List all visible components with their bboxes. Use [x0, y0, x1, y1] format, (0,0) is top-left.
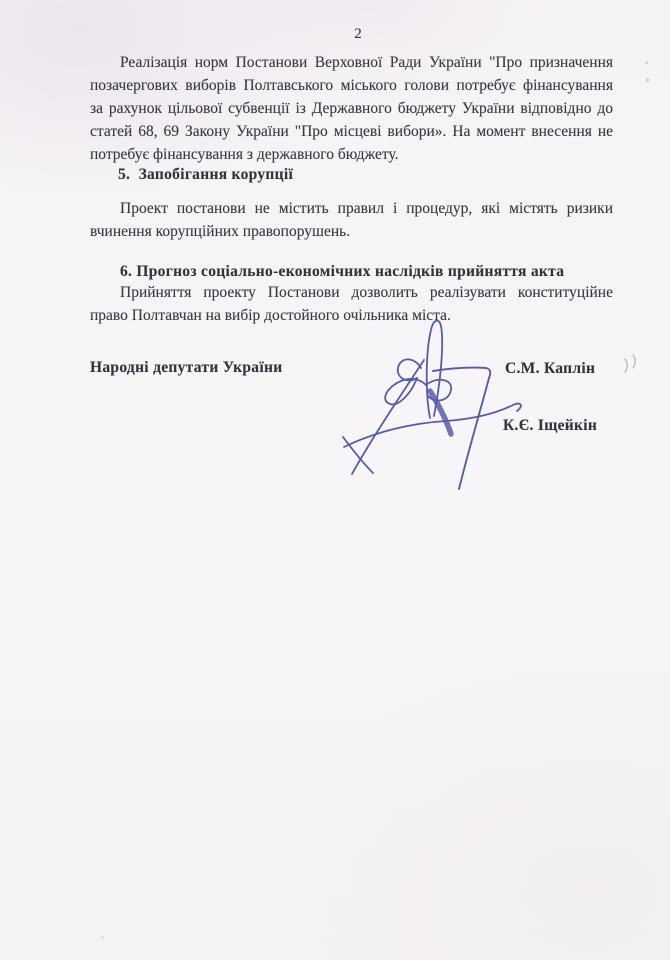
signature-stroke-seven: [433, 368, 490, 489]
page-number: 2: [0, 26, 670, 43]
signature-stroke-right-loop: [426, 380, 451, 401]
paragraph-line: право Полтавчан на вибір достойного очіл…: [90, 304, 613, 327]
section-5-heading: 5. Запобігання корупції: [118, 166, 293, 184]
signers-label: Народні депутати України: [90, 359, 282, 377]
signature-stroke-lower-loop: [385, 378, 426, 404]
signature-stroke-tall-loop: [427, 321, 442, 418]
section-6-paragraph: Прийняття проекту Постанови дозволить ре…: [90, 281, 613, 327]
intro-paragraph: Реалізація норм Постанови Верховної Ради…: [90, 51, 613, 166]
paragraph-line: вчинення корупційних правопорушень.: [90, 220, 613, 243]
signature-stroke-x-cross: [343, 437, 373, 473]
signature-stroke-long-sweep: [344, 404, 521, 447]
paragraph-line: Реалізація норм Постанови Верховної Ради…: [90, 51, 613, 74]
scan-speck: [645, 61, 648, 64]
signer-name: К.Є. Іщейкін: [503, 417, 597, 435]
signature-stroke-x-up: [352, 360, 424, 474]
signer-name: С.М. Каплін: [505, 360, 595, 378]
paragraph-line: статей 68, 69 Закону України "Про місцев…: [90, 120, 613, 143]
pen-mark: [625, 359, 627, 372]
paragraph-line: Проект постанови не містить правил і про…: [90, 197, 613, 220]
paragraph-line: Прийняття проекту Постанови дозволить ре…: [90, 281, 613, 304]
paragraph-line: потребує фінансування з державного бюдже…: [90, 143, 613, 166]
paragraph-line: за рахунок цільової субвенції із Державн…: [90, 97, 613, 120]
scanned-document-page: 2 Реалізація норм Постанови Верховної Ра…: [0, 0, 670, 960]
section-5-paragraph: Проект постанови не містить правил і про…: [90, 197, 613, 243]
scan-speck: [646, 78, 649, 82]
signature-stroke-heavy-diagonal: [430, 391, 451, 434]
section-6-heading: 6. Прогноз соціально-економічних наслідк…: [120, 263, 564, 281]
pen-mark: [633, 355, 635, 368]
paragraph-line: позачергових виборів Полтавського місько…: [90, 74, 613, 97]
scan-speck: [101, 936, 104, 939]
signature-stroke-c-curl: [398, 359, 421, 380]
